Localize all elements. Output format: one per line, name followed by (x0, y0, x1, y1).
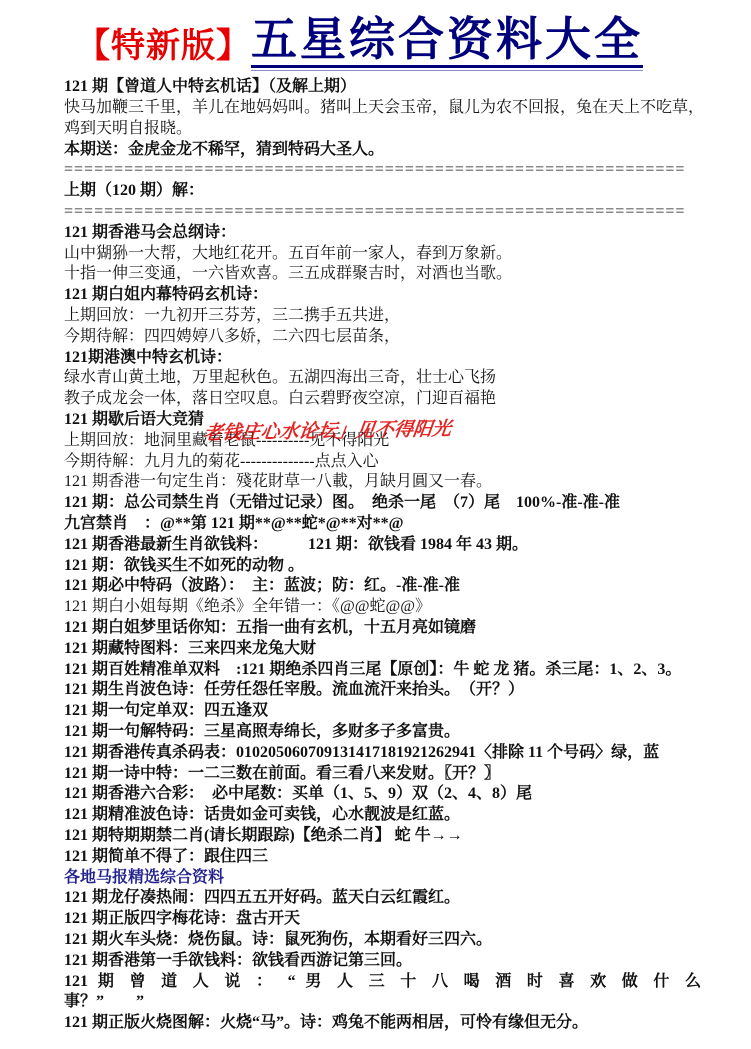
text-line: 121 期特期期禁二肖(请长期跟踪)【绝杀二肖】 蛇 牛→→ (64, 826, 701, 847)
text-line: 121 期一诗中特：一二三数在前面。看三看八来发财。〖开？〗 (64, 764, 701, 785)
text-line: 快马加鞭三千里，羊儿在地妈妈叫。猪叫上天会玉帝，鼠儿为农不回报，兔在天上不吃草， (64, 98, 701, 119)
text-line: 鸡到天明自报晓。 (64, 119, 701, 140)
text-line: 上期（120 期）解： (64, 181, 701, 202)
text-line: 121 期一句定单双：四五逢双 (64, 701, 701, 722)
document-body: 121 期【曾道人中特玄机话】（及解上期）快马加鞭三千里，羊儿在地妈妈叫。猪叫上… (0, 75, 751, 1034)
text-line: 121 期生肖波色诗：任劳任怨任宰殷。流血流汗来抬头。 （开？） (64, 680, 701, 701)
text-line: 121 期简单不得了：跟住四三 (64, 847, 701, 868)
text-line: 上期回放：地洞里藏着老鼠----------见不得阳光 (64, 431, 701, 452)
text-line: 121 期精准波色诗：话贵如金可卖钱，心水靓波是红蓝。 (64, 805, 701, 826)
lottery-info-sheet: 【特新版】 五星综合资料大全 121 期【曾道人中特玄机话】（及解上期）快马加鞭… (0, 0, 751, 1049)
title-underline: 五星综合资料大全 (251, 16, 643, 71)
text-line: 121 期香港传真杀码表：010205060709131417181921262… (64, 743, 701, 764)
text-line: 山中猢狲一大帮，大地红花开。五百年前一家人，春到万象新。 (64, 244, 701, 265)
text-line: 今期待解：九月九的菊花--------------点点入心 (64, 452, 701, 473)
text-line: 121 期一句解特码：三星高照寿绵长，多财多子多富贵。 (64, 722, 701, 743)
text-line: 121 期 曾 道 人 说 ： “ 男 人 三 十 八 喝 酒 时 喜 欢 做 … (64, 972, 701, 993)
text-line: 121 期火车头烧：烧伤鼠。诗：鼠死狗伤，本期看好三四六。 (64, 930, 701, 951)
text-line: 121 期：总公司禁生肖（无错过记录）图。 绝杀一尾 （7）尾 100%-准-准… (64, 493, 701, 514)
text-line: 绿水青山黄土地，万里起秋色。五湖四海出三奇，壮士心飞扬 (64, 368, 701, 389)
text-line: 事？” ” (64, 992, 701, 1013)
text-line: 121 期白小姐每期《绝杀》全年错一：《@@蛇@@》 (64, 597, 701, 618)
text-line: 121 期正版四字梅花诗：盘古开天 (64, 909, 701, 930)
text-line: 本期送：金虎金龙不稀罕，猜到特码大圣人。 (64, 140, 701, 161)
text-line: 121 期白姐内幕特码玄机诗： (64, 285, 701, 306)
text-line: 121 期白姐梦里话你知：五指一曲有玄机，十五月亮如镜磨 (64, 618, 701, 639)
text-line: 十指一伸三变通，一六皆欢喜。三五成群聚吉时，对酒也当歌。 (64, 264, 701, 285)
page-title: 五星综合资料大全 (251, 16, 643, 68)
text-line: 121 期必中特码（波路）： 主：蓝波；防：红。-准-准-准 (64, 576, 701, 597)
text-line: ========================================… (64, 202, 701, 223)
text-line: 九宫禁肖 ：@**第 121 期**@**蛇*@**对**@ (64, 514, 701, 535)
text-line: 121 期正版火烧图解：火烧“马”。诗：鸡兔不能两相居，可怜有缘但无分。 (64, 1013, 701, 1034)
text-line: 121 期【曾道人中特玄机话】（及解上期） (64, 77, 701, 98)
text-line: 121 期香港第一手欲钱料：欲钱看西游记第三回。 (64, 951, 701, 972)
text-line: 121 期：欲钱买生不如死的动物 。 (64, 556, 701, 577)
text-line: 121 期歇后语大竞猜 (64, 410, 701, 431)
text-line: 121 期香港马会总纲诗： (64, 223, 701, 244)
text-line: 121 期藏特图料：三来四来龙兔大财 (64, 639, 701, 660)
page-header: 【特新版】 五星综合资料大全 (0, 0, 751, 75)
text-line: 121 期香港一句定生肖：殘花財草一八載，月缺月圓又一春。 (64, 472, 701, 493)
text-line: 121期港澳中特玄机诗： (64, 348, 701, 369)
text-line: 121 期香港六合彩： 必中尾数：买单（1、5、9）双（2、4、8）尾 (64, 784, 701, 805)
text-line: ========================================… (64, 160, 701, 181)
text-line: 今期待解：四四娉婷八多娇，二六四七层苗条， (64, 327, 701, 348)
text-line: 各地马报精选综合资料 (64, 868, 701, 889)
text-line: 121 期龙仔凑热闹：四四五五开好码。蓝天白云红霞红。 (64, 888, 701, 909)
text-line: 教子成龙会一体，落日空叹息。白云碧野夜空凉，门迎百福艳 (64, 389, 701, 410)
text-line: 上期回放：一九初开三芬芳，三二携手五共进， (64, 306, 701, 327)
edition-tag: 【特新版】 (76, 28, 251, 71)
text-line: 121 期香港最新生肖欲钱料： 121 期：欲钱看 1984 年 43 期。 (64, 535, 701, 556)
text-line: 121 期百姓精准单双料 :121 期绝杀四肖三尾【原创】：牛 蛇 龙 猪。杀三… (64, 660, 701, 681)
